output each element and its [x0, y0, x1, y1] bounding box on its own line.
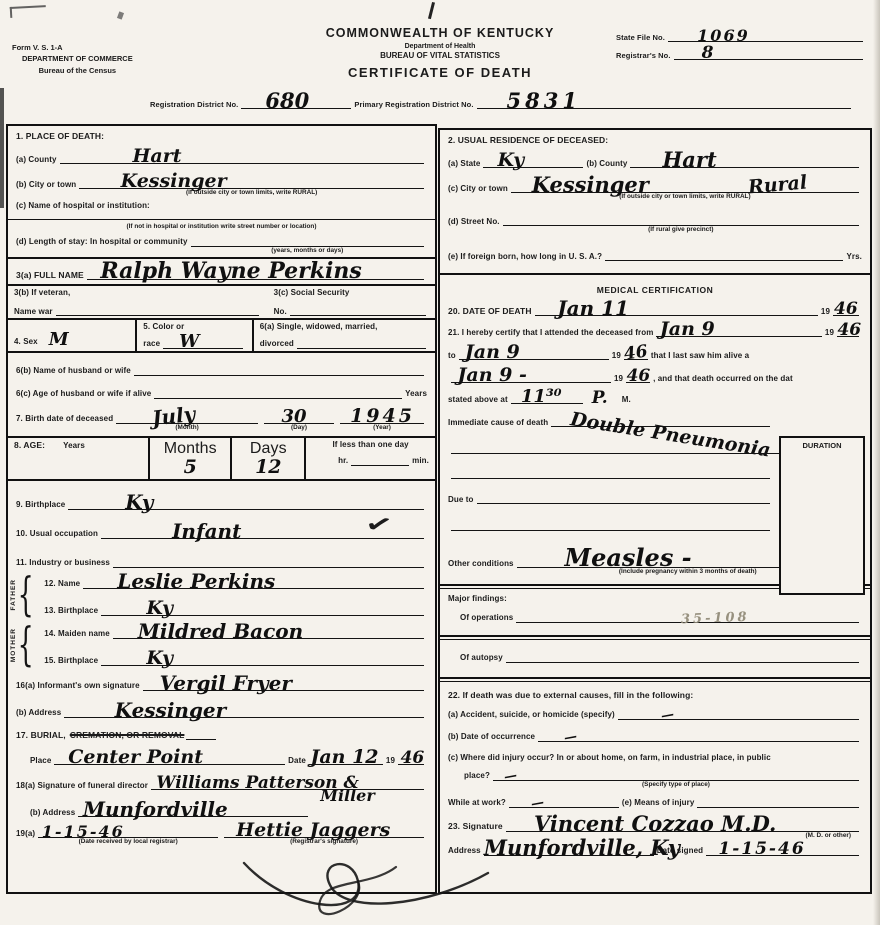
alive-value: Jan 9 -	[457, 366, 526, 385]
foreign-born-suffix: Yrs.	[846, 252, 862, 262]
residence-city-value: Kessinger	[532, 174, 649, 195]
informant-address-label: (b) Address	[16, 708, 61, 718]
mother-name-value: Mildred Bacon	[138, 621, 303, 641]
to-year-prefix: 19	[612, 351, 621, 361]
date-received-caption: (Date received by local registrar)	[38, 838, 218, 846]
divorced-label: divorced	[260, 339, 294, 349]
veteran-label: 3(b) If veteran,	[14, 288, 70, 298]
informant-signature-value: Vergil Fryer	[160, 673, 292, 693]
physician-signature-label: 23. Signature	[448, 821, 503, 831]
dod-year-prefix: 19	[821, 307, 830, 317]
from-year-line: 46	[837, 326, 859, 337]
operations-line: 35-108	[516, 612, 859, 623]
birth-year-line: 1945 (Year)	[340, 413, 424, 424]
burial-year-line: 46	[398, 754, 424, 765]
autopsy-row: Of autopsy	[440, 652, 870, 663]
ss-no-row: No.	[274, 305, 429, 316]
birth-day-line: 30 (Day)	[264, 413, 334, 424]
burial-place-row: Place Center Point Date Jan 12 19 46	[8, 754, 435, 765]
burial-place-value: Center Point	[68, 748, 203, 767]
color-line: W	[163, 338, 243, 349]
informant-address-line: Kessinger	[64, 707, 424, 718]
date-signed-line: 1-15-46	[706, 845, 859, 856]
hospital-label: (c) Name of hospital or institution:	[16, 201, 150, 211]
color-value-row: race W	[143, 338, 245, 349]
sex-label: 4. Sex	[14, 337, 38, 347]
funeral-director-line: Williams Patterson & Miller	[151, 779, 424, 790]
residence-city-label: (c) City or town	[448, 184, 508, 194]
date-of-death-value: Jan 11	[557, 298, 629, 318]
director-address-label: (b) Address	[30, 808, 75, 818]
mother-birthplace-value: Ky	[146, 649, 173, 668]
funeral-director-row: 18(a) Signature of funeral director Will…	[8, 779, 435, 790]
hr-label: hr.	[338, 456, 348, 466]
sex-value: M	[49, 331, 69, 349]
major-findings-label: Major findings:	[448, 594, 507, 604]
fullname-value: Ralph Wayne Perkins	[100, 260, 361, 282]
father-block: FATHER { 12. Name Leslie Perkins 13. Bir…	[8, 574, 435, 616]
residence-state-line: Ky	[483, 157, 583, 168]
primary-district-label: Primary Registration District No.	[354, 100, 473, 109]
registrar-row-label: 19(a)	[16, 829, 35, 839]
external-causes-title: 22. If death was due to external causes,…	[448, 690, 693, 700]
occupation-row: 10. Usual occupation Infant ✓	[8, 528, 435, 539]
department-line: DEPARTMENT OF COMMERCE	[22, 53, 133, 64]
hr-line	[351, 455, 409, 466]
street-line: (If rural give precinct)	[503, 215, 859, 226]
physician-signature-row: 23. Signature Vincent Cozzao M.D. (M. D.…	[440, 821, 870, 832]
ampm-value: P.	[592, 390, 608, 407]
burial-place-line: Center Point	[54, 754, 285, 765]
external-causes-title-row: 22. If death was due to external causes,…	[440, 690, 870, 700]
funeral-director-value2: Miller	[320, 788, 375, 804]
sex-line: M	[41, 336, 127, 346]
date-of-death-row: 20. DATE OF DEATH Jan 11 19 46	[440, 305, 870, 316]
blank-line	[451, 520, 770, 531]
duration-label: DURATION	[802, 441, 841, 450]
reg-district-line: 680	[241, 98, 351, 109]
alive-date-row: Jan 9 - 19 46 , and that death occurred …	[440, 372, 870, 383]
burial-year-prefix: 19	[386, 756, 395, 766]
right-column: 2. USUAL RESIDENCE OF DECEASED: (a) Stat…	[438, 128, 872, 894]
spouse-label: 6(b) Name of husband or wife	[16, 366, 131, 376]
autopsy-label: Of autopsy	[460, 653, 503, 663]
dept-health-line: Department of Health	[240, 43, 640, 50]
blank-line	[451, 468, 770, 479]
min-label: min.	[412, 456, 429, 466]
spouse-age-line	[154, 388, 402, 399]
industry-row: 11. Industry or business	[8, 557, 435, 568]
city-line: Kessinger (If outside city or town limit…	[79, 178, 424, 189]
time-value: 11³⁰	[521, 388, 562, 406]
burial-struck-label: CREMATION, OR REMOVAL	[70, 730, 185, 740]
accident-row: (a) Accident, suicide, or homicide (spec…	[440, 709, 870, 720]
operations-row: Of operations 35-108	[440, 612, 870, 623]
physician-signature-line: Vincent Cozzao M.D. (M. D. or other)	[506, 821, 859, 832]
fullname-label: 3(a) FULL NAME	[16, 270, 84, 280]
occupation-label: 10. Usual occupation	[16, 529, 98, 539]
hospital-row: (c) Name of hospital or institution:	[8, 201, 435, 211]
burial-label: 17. BURIAL,	[16, 730, 66, 740]
veteran-ss-row: 3(b) If veteran, Name war 3(c) Social Se…	[8, 284, 435, 321]
dash-mark: —	[660, 708, 675, 723]
to-label: to	[448, 351, 456, 361]
physician-address-value: Munfordville, Ky	[484, 837, 680, 858]
age-days-value: 12	[238, 458, 298, 477]
month-caption: (Month)	[116, 424, 258, 432]
age-less-cell: If less than one day hr. min.	[304, 438, 435, 479]
cause-of-death-label: Immediate cause of death	[448, 418, 548, 428]
father-birthplace-line: Ky	[101, 605, 424, 616]
county-line: Hart	[60, 153, 424, 164]
residence-county-value: Hart	[662, 149, 716, 170]
spouse-birthdate-section: 6(b) Name of husband or wife 6(c) Age of…	[8, 365, 435, 438]
injury-place-line: — (Specify type of place)	[493, 770, 859, 781]
due-to-label: Due to	[448, 495, 474, 505]
day-caption: (Day)	[264, 424, 334, 432]
burial-row: 17. BURIAL, CREMATION, OR REMOVAL	[8, 730, 435, 740]
director-address-line: Munfordville	[78, 806, 308, 817]
marital-cell: 6(a) Single, widowed, married, divorced	[252, 320, 435, 351]
less-than-day-row: If less than one day	[312, 440, 429, 450]
burial-place-label: Place	[30, 756, 51, 766]
certificate-title: CERTIFICATE OF DEATH	[240, 65, 640, 80]
foreign-born-line	[605, 250, 843, 261]
residence-title-row: 2. USUAL RESIDENCE OF DECEASED:	[440, 135, 870, 145]
age-years-cell: 8. AGE: Years	[8, 438, 148, 479]
physician-address-label: Address	[448, 846, 481, 856]
father-brace: {	[18, 574, 34, 615]
stated-label: stated above at	[448, 395, 508, 405]
spouse-age-label: 6(c) Age of husband or wife if alive	[16, 389, 151, 399]
registrar-no-label: Registrar's No.	[616, 51, 671, 60]
mother-name-line: Mildred Bacon	[113, 628, 424, 639]
foreign-born-row: (e) If foreign born, how long in U. S. A…	[440, 250, 870, 261]
residence-city-row: (c) City or town Kessinger Rural (If out…	[440, 182, 870, 193]
director-address-row: (b) Address Munfordville	[8, 806, 435, 817]
occupation-value: Infant	[172, 521, 241, 541]
form-number: Form V. S. 1-A	[12, 42, 133, 53]
age-label-row: 8. AGE: Years	[14, 440, 142, 450]
veteran-cell: 3(b) If veteran, Name war	[8, 286, 268, 319]
residence-state-row: (a) State Ky (b) County Hart	[440, 157, 870, 168]
dod-year-line: 46	[833, 305, 859, 316]
place-of-death-section: 1. PLACE OF DEATH: (a) County Hart (b) C…	[8, 131, 435, 259]
scan-edge-mark	[0, 88, 4, 208]
date-of-death-label: 20. DATE OF DEATH	[448, 306, 532, 316]
burial-year-value: 46	[401, 750, 425, 767]
while-at-work-row: While at work? — (e) Means of injury	[440, 797, 870, 808]
duration-box: DURATION	[779, 436, 865, 595]
father-birthplace-row: 13. Birthplace Ky	[36, 605, 435, 616]
age-months-cell: Months 5	[148, 438, 230, 479]
registrar-no-line: 8	[674, 51, 863, 60]
years-suffix: Years	[405, 389, 427, 399]
hr-min-row: hr. min.	[312, 455, 429, 466]
burial-date-line: Jan 12	[309, 754, 383, 765]
residence-state-value: Ky	[497, 151, 524, 170]
sex-color-marital-row: 4. Sex M 5. Color or race W	[8, 320, 435, 353]
marital-line-row: divorced	[260, 338, 429, 349]
age-years-label: Years	[63, 441, 85, 451]
scan-edge-shadow	[873, 0, 880, 925]
stray-mark	[428, 2, 435, 19]
stay-line: (years, months or days)	[191, 236, 424, 247]
stated-time-row: stated above at 11³⁰ P. M.	[440, 393, 870, 404]
accident-label: (a) Accident, suicide, or homicide (spec…	[448, 710, 615, 720]
street-label: (d) Street No.	[448, 217, 500, 227]
less-than-day-label: If less than one day	[332, 440, 408, 450]
birthplace-label: 9. Birthplace	[16, 500, 65, 510]
divider	[8, 219, 435, 220]
injury-place-note: (Specify type of place)	[493, 781, 859, 789]
age-label: 8. AGE:	[14, 440, 45, 450]
divider	[440, 677, 870, 682]
cause-of-death-line: Double Pneumonia	[551, 416, 770, 427]
mother-side-label: MOTHER	[10, 628, 17, 662]
injury-place-row: place? — (Specify type of place)	[440, 770, 870, 781]
means-of-injury-line	[697, 797, 859, 808]
bureau-census-line: Bureau of the Census	[22, 65, 133, 76]
date-received-line: 1-15-46 (Date received by local registra…	[38, 827, 218, 838]
sex-cell: 4. Sex M	[8, 320, 135, 351]
to-value: Jan 9	[465, 343, 520, 362]
physician-address-row: Address Munfordville, Ky Date signed 1-1…	[440, 845, 870, 856]
father-name-label: 12. Name	[44, 579, 80, 589]
occupation-line: Infant ✓	[101, 528, 424, 539]
alive-year-prefix: 19	[614, 374, 623, 384]
mother-birthplace-label: 15. Birthplace	[44, 656, 98, 666]
marital-line	[297, 338, 426, 349]
spouse-line	[134, 365, 424, 376]
county-label: (a) County	[16, 155, 57, 165]
street-note: (If rural give precinct)	[503, 226, 859, 234]
street-row: (d) Street No. (If rural give precinct)	[440, 215, 870, 226]
stay-label: (d) Length of stay: In hospital or commu…	[16, 237, 188, 247]
name-war-row: Name war	[14, 305, 262, 316]
father-name-line: Leslie Perkins	[83, 578, 424, 589]
from-year-value: 46	[837, 322, 861, 339]
other-conditions-label: Other conditions	[448, 559, 514, 569]
stray-mark	[10, 5, 47, 18]
cause-of-death-row: Immediate cause of death Double Pneumoni…	[440, 416, 870, 427]
county-row: (a) County Hart	[8, 153, 435, 164]
mother-name-row: 14. Maiden name Mildred Bacon	[36, 628, 435, 639]
primary-district-value: 5831	[507, 90, 581, 111]
physician-signature-value: Vincent Cozzao M.D.	[534, 813, 776, 834]
residence-county-label: (b) County	[586, 159, 627, 169]
birthdate-label: 7. Birth date of deceased	[16, 414, 113, 424]
header-left: Form V. S. 1-A DEPARTMENT OF COMMERCE Bu…	[12, 42, 133, 76]
dash-mark: —	[530, 796, 545, 811]
injury-place-label: place?	[464, 771, 490, 781]
ss-cell: 3(c) Social Security No.	[268, 286, 435, 319]
dod-year-value: 46	[834, 301, 858, 318]
fullname-line: Ralph Wayne Perkins	[87, 269, 424, 280]
to-suffix: that I last saw him alive a	[651, 351, 749, 361]
mother-block: MOTHER { 14. Maiden name Mildred Bacon 1…	[8, 624, 435, 666]
header-center: COMMONWEALTH OF KENTUCKY Department of H…	[240, 26, 640, 80]
length-of-stay-row: (d) Length of stay: In hospital or commu…	[8, 236, 435, 247]
ss-no-line	[290, 305, 426, 316]
divider	[440, 635, 870, 640]
occurrence-label: (b) Date of occurrence	[448, 732, 535, 742]
residence-county-line: Hart	[630, 157, 859, 168]
burial-strike-line	[186, 730, 216, 740]
certify-row: 21. I hereby certify that I attended the…	[440, 326, 870, 337]
state-file-number: 1069	[697, 28, 750, 44]
informant-signature-line: Vergil Fryer	[143, 680, 424, 691]
fullname-row: 3(a) FULL NAME Ralph Wayne Perkins	[8, 269, 435, 282]
age-section: 8. AGE: Years Months 5 Days 12 If less t…	[8, 438, 435, 481]
from-year-prefix: 19	[825, 328, 834, 338]
father-birthplace-value: Ky	[146, 599, 173, 618]
mother-birthplace-line: Ky	[101, 655, 424, 666]
sex-row: 4. Sex M	[14, 336, 129, 346]
race-label: race	[143, 339, 160, 349]
date-signed-value: 1-15-46	[718, 841, 805, 858]
occurrence-line: —	[538, 731, 859, 742]
autopsy-line	[506, 652, 859, 663]
color-cell: 5. Color or race W	[135, 320, 251, 351]
while-at-work-line: —	[509, 797, 619, 808]
operations-label: Of operations	[460, 613, 513, 623]
name-war-label: Name war	[14, 307, 53, 317]
residence-city-note: (If outside city or town limits, write R…	[511, 193, 859, 201]
age-days-cell: Days 12	[230, 438, 304, 479]
name-war-line	[56, 305, 259, 316]
industry-line	[113, 557, 424, 568]
father-name-row: 12. Name Leslie Perkins	[36, 578, 435, 589]
city-row: (b) City or town Kessinger (If outside c…	[8, 178, 435, 189]
informant-signature-label: 16(a) Informant's own signature	[16, 681, 140, 691]
reg-district-label: Registration District No.	[150, 100, 238, 109]
due-to-line	[477, 493, 771, 504]
ss-label: 3(c) Social Security	[274, 288, 350, 298]
mother-name-label: 14. Maiden name	[44, 629, 110, 639]
stray-mark	[117, 11, 124, 19]
residence-city-line: Kessinger Rural (If outside city or town…	[511, 182, 859, 193]
burial-date-label: Date	[288, 756, 306, 766]
state-file-line: 1069	[668, 33, 863, 42]
director-address-value: Munfordville	[83, 799, 228, 819]
major-findings-row: Major findings:	[440, 594, 870, 604]
alive-line: Jan 9 -	[451, 372, 611, 383]
ss-no-label: No.	[274, 307, 287, 317]
certify-label: 21. I hereby certify that I attended the…	[448, 328, 653, 338]
city-note: (If outside city or town limits, write R…	[79, 189, 424, 197]
place-of-death-title: 1. PLACE OF DEATH:	[8, 131, 435, 141]
header-right: State File No. 1069 Registrar's No. 8	[616, 12, 866, 60]
marital-label: 6(a) Single, widowed, married,	[260, 322, 378, 332]
birthdate-row: 7. Birth date of deceased July (Month) 3…	[8, 413, 435, 424]
alive-suffix: , and that death occurred on the dat	[653, 374, 793, 384]
to-year-line: 46	[624, 349, 648, 360]
city-label: (b) City or town	[16, 180, 76, 190]
accident-line: —	[618, 709, 859, 720]
father-birthplace-label: 13. Birthplace	[44, 606, 98, 616]
father-side-label: FATHER	[10, 579, 17, 611]
section2-title: 2. USUAL RESIDENCE OF DECEASED:	[448, 135, 608, 145]
injury-where-row: (c) Where did injury occur? In or about …	[440, 753, 870, 763]
medical-certification-title: MEDICAL CERTIFICATION	[440, 285, 870, 295]
burial-date-value: Jan 12	[310, 748, 378, 767]
year-caption: (Year)	[340, 424, 424, 432]
ss-label-row: 3(c) Social Security	[274, 288, 429, 298]
color-value: W	[179, 333, 199, 351]
registration-district-row: Registration District No. 680 Primary Re…	[150, 98, 854, 109]
registrar-signature-caption: (Registrar's signature)	[224, 838, 424, 846]
residence-section: 2. USUAL RESIDENCE OF DECEASED: (a) Stat…	[440, 135, 870, 275]
commonwealth-title: COMMONWEALTH OF KENTUCKY	[240, 26, 640, 40]
time-line: 11³⁰	[511, 393, 583, 404]
primary-district-line: 5831	[477, 98, 851, 109]
death-certificate-scan: Form V. S. 1-A DEPARTMENT OF COMMERCE Bu…	[0, 0, 880, 925]
stay-note: (years, months or days)	[191, 247, 424, 255]
age-months-value: 5	[156, 458, 224, 477]
residence-state-label: (a) State	[448, 159, 480, 169]
funeral-director-label: 18(a) Signature of funeral director	[16, 781, 148, 791]
informant-address-value: Kessinger	[115, 700, 227, 720]
section1-title: 1. PLACE OF DEATH:	[16, 131, 104, 141]
injury-where-label: (c) Where did injury occur? In or about …	[448, 753, 771, 763]
dash-mark: —	[563, 730, 578, 745]
spouse-row: 6(b) Name of husband or wife	[8, 365, 435, 376]
registrar-signature-line: Hettie Jaggers (Registrar's signature)	[224, 827, 424, 838]
to-line: Jan 9	[459, 349, 609, 360]
while-at-work-label: While at work?	[448, 798, 506, 808]
left-column: 1. PLACE OF DEATH: (a) County Hart (b) C…	[6, 124, 437, 894]
marital-label-row: 6(a) Single, widowed, married,	[260, 322, 429, 332]
to-year-value: 46	[623, 344, 649, 364]
state-file-label: State File No.	[616, 33, 665, 42]
occurrence-row: (b) Date of occurrence —	[440, 731, 870, 742]
father-name-value: Leslie Perkins	[117, 571, 275, 591]
hospital-note: (If not in hospital or institution write…	[8, 223, 435, 230]
check-mark: ✓	[363, 508, 396, 541]
other-conditions-value: Measles -	[565, 546, 692, 570]
physician-address-line: Munfordville, Ky	[484, 845, 654, 856]
mother-brace: {	[18, 624, 34, 665]
informant-address-row: (b) Address Kessinger	[8, 707, 435, 718]
registrar-no-value: 8	[702, 45, 714, 62]
mother-birthplace-row: 15. Birthplace Ky	[36, 655, 435, 666]
veteran-label-row: 3(b) If veteran,	[14, 288, 262, 298]
foreign-born-label: (e) If foreign born, how long in U. S. A…	[448, 252, 602, 262]
certify-to-row: to Jan 9 19 46 that I last saw him alive…	[440, 349, 870, 360]
birth-month-line: July (Month)	[116, 413, 258, 424]
certify-from-line: Jan 9	[656, 326, 821, 337]
m-label: M.	[622, 395, 631, 405]
alive-year-line: 46	[626, 372, 650, 383]
ampm-slot: P.	[589, 394, 619, 404]
operations-value: 35-108	[681, 611, 750, 626]
informant-signature-row: 16(a) Informant's own signature Vergil F…	[8, 680, 435, 691]
birthplace-value: Ky	[125, 492, 153, 512]
spouse-age-row: 6(c) Age of husband or wife if alive Yea…	[8, 388, 435, 399]
alive-year-value: 46	[627, 368, 651, 385]
reg-district-value: 680	[265, 90, 309, 111]
registrar-row: 19(a) 1-15-46 (Date received by local re…	[8, 827, 435, 838]
date-of-death-line: Jan 11	[535, 305, 818, 316]
county-value: Hart	[132, 147, 181, 166]
means-of-injury-label: (e) Means of injury	[622, 798, 695, 808]
certify-from-value: Jan 9	[660, 320, 715, 339]
bureau-vital-line: BUREAU OF VITAL STATISTICS	[240, 51, 640, 60]
